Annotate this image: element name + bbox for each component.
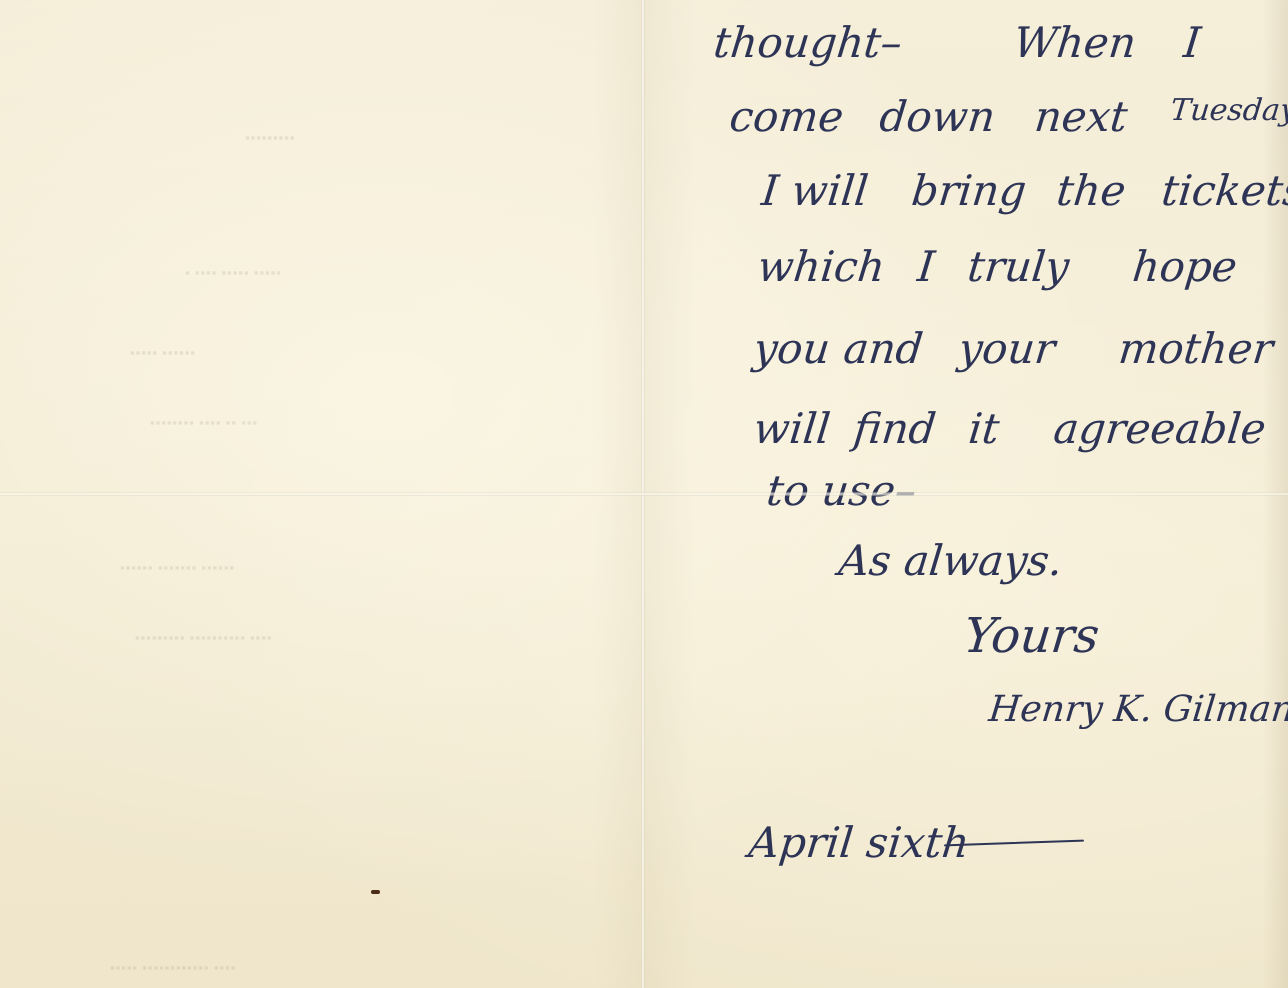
handwritten-word: next: [1033, 96, 1130, 138]
valediction: Yours: [961, 612, 1101, 660]
show-through-text: ▪▪▪▪▪ ▪▪▪▪▪▪: [130, 345, 196, 361]
handwritten-word: agreeable: [1052, 408, 1268, 450]
handwritten-word: I: [1182, 22, 1203, 64]
handwritten-word: will: [752, 408, 833, 450]
handwritten-word: hope: [1131, 246, 1239, 288]
letter-sheet: ▪▪▪▪▪▪▪▪▪ ▪ ▪▪▪▪ ▪▪▪▪▪ ▪▪▪▪▪ ▪▪▪▪▪ ▪▪▪▪▪…: [0, 0, 1288, 988]
show-through-text: ▪▪▪▪▪▪▪▪ ▪▪▪▪ ▪▪ ▪▪▪: [150, 415, 258, 431]
handwritten-word: tickets: [1160, 170, 1288, 212]
show-through-text: ▪▪▪▪▪▪▪▪▪ ▪▪▪▪▪▪▪▪▪▪ ▪▪▪▪: [135, 630, 273, 646]
handwritten-word: find: [852, 408, 938, 450]
handwritten-word: truly: [966, 246, 1072, 288]
handwritten-word: come: [728, 96, 846, 138]
horizontal-fold-crease: [0, 492, 1288, 496]
handwritten-word: thought–: [712, 22, 904, 64]
closing-line: As always.: [837, 540, 1065, 582]
handwritten-word: your: [957, 328, 1058, 370]
handwritten-word: I: [916, 246, 937, 288]
handwritten-word: the: [1055, 170, 1128, 212]
handwritten-word: I: [760, 170, 781, 212]
show-through-text: ▪ ▪▪▪▪ ▪▪▪▪▪ ▪▪▪▪▪: [185, 265, 282, 281]
letter-date: April sixth: [747, 822, 972, 864]
handwritten-word: mother: [1117, 328, 1275, 370]
handwritten-word: will: [790, 170, 871, 212]
show-through-text: ▪▪▪▪▪▪ ▪▪▪▪▪▪▪ ▪▪▪▪▪▪: [120, 560, 235, 576]
handwritten-word: and: [842, 328, 925, 370]
handwritten-word: use–: [820, 470, 919, 512]
signature: Henry K. Gilman: [987, 692, 1288, 728]
show-through-text: ▪▪▪▪▪ ▪▪▪▪▪▪▪▪▪▪▪▪ ▪▪▪▪: [110, 960, 236, 976]
handwritten-word: to: [765, 470, 812, 512]
handwritten-word: When: [1012, 22, 1139, 64]
handwritten-word: Tuesday: [1169, 96, 1288, 126]
handwritten-word: bring: [910, 170, 1029, 212]
handwritten-word: you: [752, 328, 832, 370]
show-through-text: ▪▪▪▪▪▪▪▪▪: [245, 130, 295, 146]
handwritten-word: which: [756, 246, 887, 288]
ink-speck: [371, 890, 380, 894]
handwritten-word: down: [878, 96, 998, 138]
handwritten-word: it: [967, 408, 1002, 450]
